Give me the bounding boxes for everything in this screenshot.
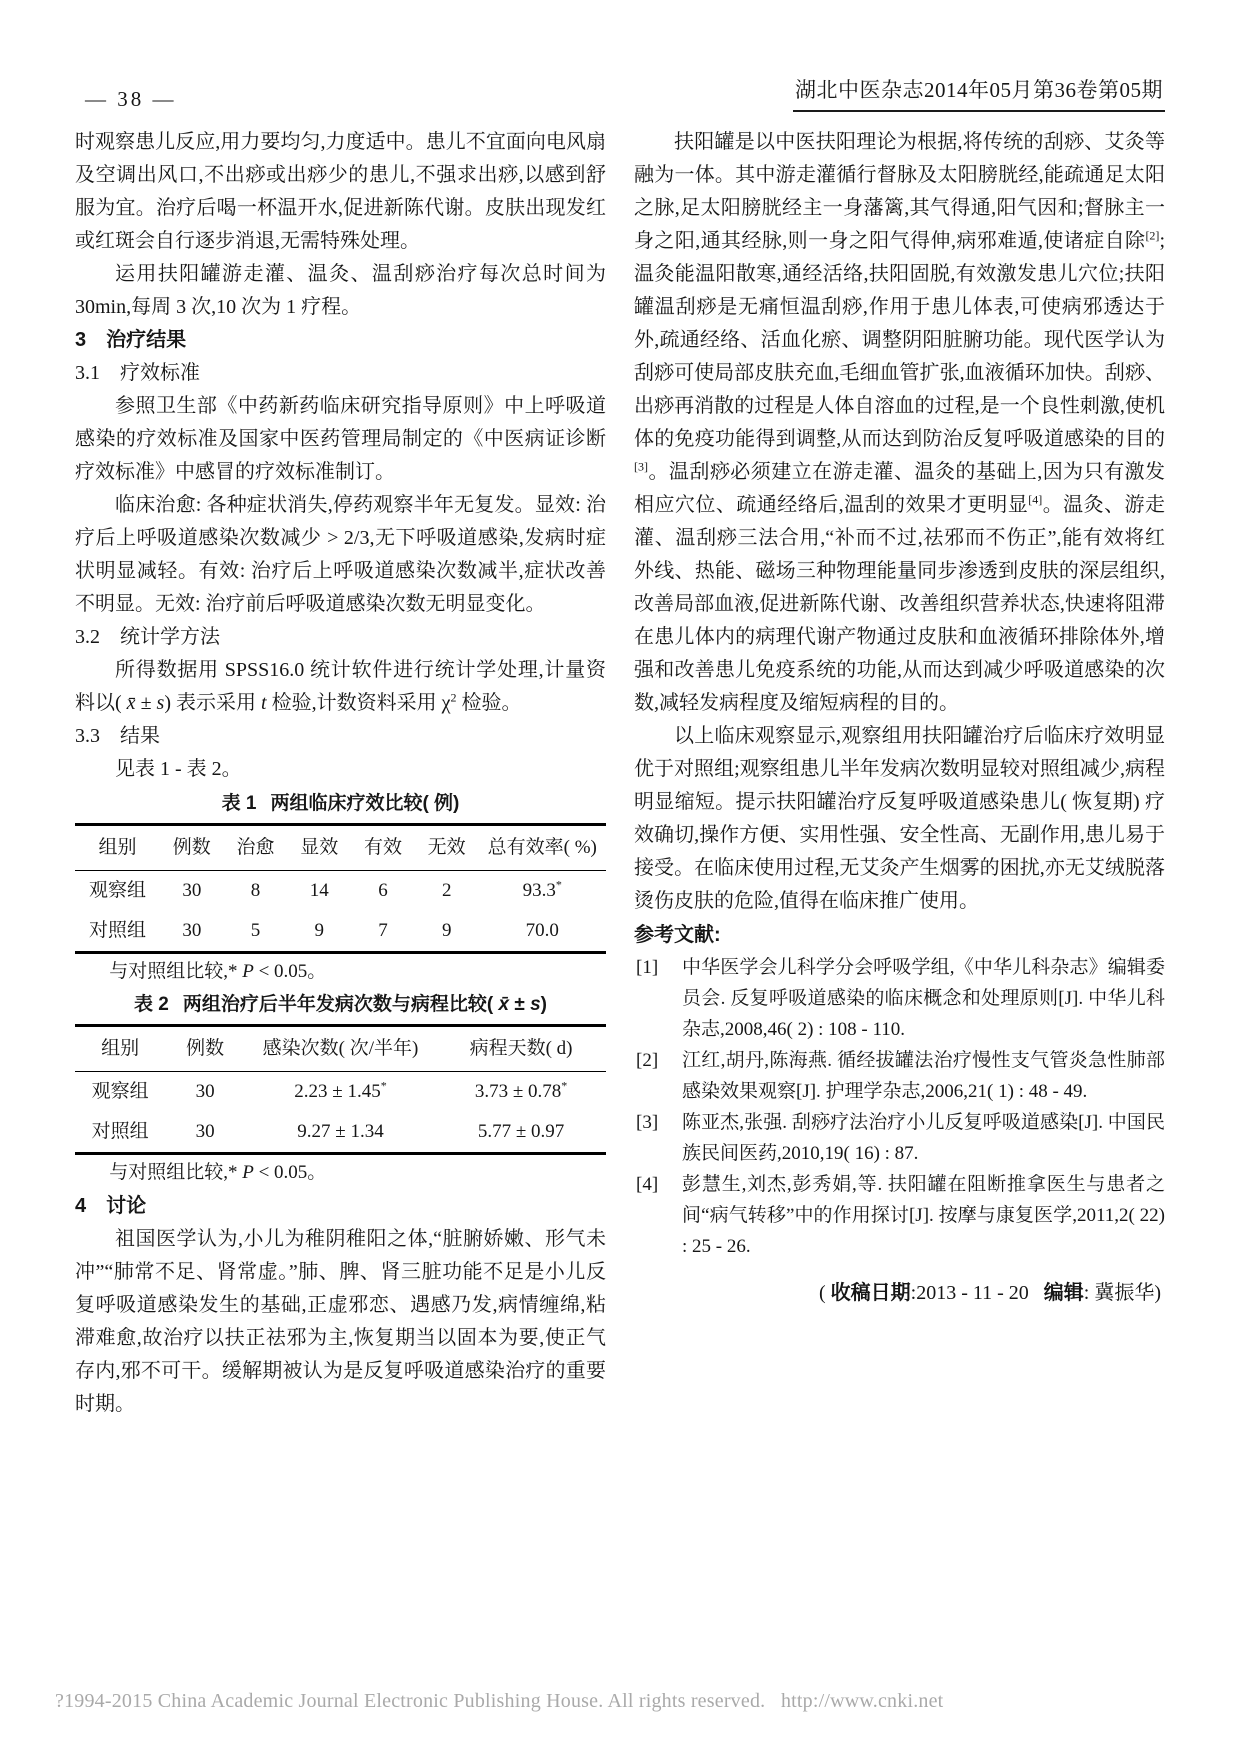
table-2-caption: 表 2两组治疗后半年发病次数与病程比较( x̄ ± s): [75, 990, 606, 1020]
column-header: 治愈: [224, 825, 288, 871]
table-cell: 2: [415, 871, 479, 912]
table-cell: 30: [160, 911, 224, 953]
paragraph: 运用扶阳罐游走灌、温灸、温刮痧治疗每次总时间为 30min,每周 3 次,10 …: [75, 258, 606, 324]
section-title: 疗效标准: [120, 362, 200, 384]
table-cell: 30: [165, 1072, 245, 1113]
table-cell: 7: [351, 911, 415, 953]
table-row-observation-group: 观察组 30 2.23 ± 1.45* 3.73 ± 0.78*: [75, 1072, 606, 1113]
section-heading-treatment-results: 3治疗结果: [75, 324, 606, 357]
table-row-observation-group: 观察组 30 8 14 6 2 93.3*: [75, 871, 606, 912]
table-cell: 30: [165, 1112, 245, 1154]
column-header: 有效: [351, 825, 415, 871]
received-date-line: ( 收稿日期:2013 - 11 - 20 编辑: 冀振华): [634, 1278, 1165, 1308]
column-header: 病程天数( d): [436, 1026, 606, 1072]
table-cell: 9.27 ± 1.34: [245, 1112, 436, 1154]
section-number: 4: [75, 1190, 86, 1223]
column-header: 例数: [165, 1026, 245, 1072]
column-header: 显效: [287, 825, 351, 871]
section-number: 3: [75, 324, 86, 357]
page-number: — 38 —: [85, 87, 177, 112]
column-header: 组别: [75, 825, 160, 871]
right-column: 扶阳罐是以中医扶阳理论为根据,将传统的刮痧、艾灸等融为一体。其中游走灌循行督脉及…: [634, 126, 1165, 1421]
table-2-recurrence-comparison: 组别 例数 感染次数( 次/半年) 病程天数( d) 观察组 30 2.23 ±…: [75, 1024, 606, 1155]
page-header: — 38 — 湖北中医杂志2014年05月第36卷第05期: [85, 74, 1165, 112]
table-2-note: 与对照组比较,* P < 0.05。: [75, 1158, 606, 1188]
subsection-heading-statistics-method: 3.2统计学方法: [75, 621, 606, 654]
table-row-control-group: 对照组 30 5 9 7 9 70.0: [75, 911, 606, 953]
table-header-row: 组别 例数 感染次数( 次/半年) 病程天数( d): [75, 1026, 606, 1072]
table-cell: 5.77 ± 0.97: [436, 1112, 606, 1154]
references-heading: 参考文献:: [634, 918, 1165, 952]
paragraph: 时观察患儿反应,用力要均匀,力度适中。患儿不宜面向电风扇及空调出风口,不出痧或出…: [75, 126, 606, 258]
section-number: 3.3: [75, 720, 100, 753]
reference-item: [1] 中华医学会儿科学分会呼吸学组,《中华儿科杂志》编辑委员会. 反复呼吸道感…: [634, 952, 1165, 1045]
section-title: 治疗结果: [106, 329, 186, 351]
column-header: 总有效率( %): [479, 825, 606, 871]
section-title: 统计学方法: [120, 626, 220, 648]
table-1-caption: 表 1两组临床疗效比较( 例): [75, 789, 606, 819]
reference-text: 陈亚杰,张强. 刮痧疗法治疗小儿反复呼吸道感染[J]. 中国民族民间医药,201…: [682, 1107, 1165, 1169]
table-cell: 70.0: [479, 911, 606, 953]
paragraph: 祖国医学认为,小儿为稚阴稚阳之体,“脏腑娇嫩、形气未冲”“肺常不足、肾常虚。”肺…: [75, 1223, 606, 1421]
section-title: 讨论: [106, 1195, 146, 1217]
table-1-title: 两组临床疗效比较( 例): [270, 793, 459, 814]
paragraph: 扶阳罐是以中医扶阳理论为根据,将传统的刮痧、艾灸等融为一体。其中游走灌循行督脉及…: [634, 126, 1165, 720]
section-number: 3.2: [75, 621, 100, 654]
paragraph: 参照卫生部《中药新药临床研究指导原则》中上呼吸道感染的疗效标准及国家中医药管理局…: [75, 390, 606, 489]
paragraph: 见表 1 - 表 2。: [75, 753, 606, 786]
paragraph: 临床治愈: 各种症状消失,停药观察半年无复发。显效: 治疗后上呼吸道感染次数减少…: [75, 489, 606, 621]
table-cell: 5: [224, 911, 288, 953]
table-cell: 30: [160, 871, 224, 912]
article-body: 时观察患儿反应,用力要均匀,力度适中。患儿不宜面向电风扇及空调出风口,不出痧或出…: [75, 126, 1165, 1421]
subsection-heading-efficacy-criteria: 3.1疗效标准: [75, 357, 606, 390]
table-cell: 观察组: [75, 1072, 165, 1113]
table-cell: 6: [351, 871, 415, 912]
table-cell: 14: [287, 871, 351, 912]
table-header-row: 组别 例数 治愈 显效 有效 无效 总有效率( %): [75, 825, 606, 871]
reference-number: [3]: [634, 1107, 682, 1169]
table-1-clinical-efficacy: 组别 例数 治愈 显效 有效 无效 总有效率( %) 观察组 30 8 14 6…: [75, 823, 606, 954]
section-heading-discussion: 4讨论: [75, 1190, 606, 1223]
table-1-label: 表 1: [222, 793, 257, 814]
section-number: 3.1: [75, 357, 100, 390]
table-2-title: 两组治疗后半年发病次数与病程比较( x̄ ± s): [183, 994, 547, 1015]
reference-item: [3] 陈亚杰,张强. 刮痧疗法治疗小儿反复呼吸道感染[J]. 中国民族民间医药…: [634, 1107, 1165, 1169]
reference-text: 江红,胡丹,陈海燕. 循经拔罐法治疗慢性支气管炎急性肺部感染效果观察[J]. 护…: [682, 1045, 1165, 1107]
paragraph: 以上临床观察显示,观察组用扶阳罐治疗后临床疗效明显优于对照组;观察组患儿半年发病…: [634, 720, 1165, 918]
table-cell: 对照组: [75, 911, 160, 953]
column-header: 感染次数( 次/半年): [245, 1026, 436, 1072]
reference-number: [4]: [634, 1169, 682, 1262]
journal-info: 湖北中医杂志2014年05月第36卷第05期: [793, 74, 1165, 112]
table-cell: 9: [287, 911, 351, 953]
table-row-control-group: 对照组 30 9.27 ± 1.34 5.77 ± 0.97: [75, 1112, 606, 1154]
column-header: 例数: [160, 825, 224, 871]
table-1-note: 与对照组比较,* P < 0.05。: [75, 957, 606, 987]
column-header: 组别: [75, 1026, 165, 1072]
table-2-label: 表 2: [134, 994, 169, 1015]
footer-copyright: ?1994-2015 China Academic Journal Electr…: [55, 1690, 943, 1713]
section-title: 结果: [120, 725, 160, 747]
table-cell: 8: [224, 871, 288, 912]
table-cell: 2.23 ± 1.45*: [245, 1072, 436, 1113]
subsection-heading-results: 3.3结果: [75, 720, 606, 753]
paragraph: 所得数据用 SPSS16.0 统计软件进行统计学处理,计量资料以( x̄ ± s…: [75, 654, 606, 720]
table-cell: 93.3*: [479, 871, 606, 912]
left-column: 时观察患儿反应,用力要均匀,力度适中。患儿不宜面向电风扇及空调出风口,不出痧或出…: [75, 126, 606, 1421]
reference-text: 中华医学会儿科学分会呼吸学组,《中华儿科杂志》编辑委员会. 反复呼吸道感染的临床…: [682, 952, 1165, 1045]
table-cell: 3.73 ± 0.78*: [436, 1072, 606, 1113]
table-cell: 观察组: [75, 871, 160, 912]
reference-number: [1]: [634, 952, 682, 1045]
table-cell: 对照组: [75, 1112, 165, 1154]
table-cell: 9: [415, 911, 479, 953]
column-header: 无效: [415, 825, 479, 871]
reference-number: [2]: [634, 1045, 682, 1107]
reference-item: [2] 江红,胡丹,陈海燕. 循经拔罐法治疗慢性支气管炎急性肺部感染效果观察[J…: [634, 1045, 1165, 1107]
reference-text: 彭慧生,刘杰,彭秀娟,等. 扶阳罐在阻断推拿医生与患者之间“病气转移”中的作用探…: [682, 1169, 1165, 1262]
reference-item: [4] 彭慧生,刘杰,彭秀娟,等. 扶阳罐在阻断推拿医生与患者之间“病气转移”中…: [634, 1169, 1165, 1262]
